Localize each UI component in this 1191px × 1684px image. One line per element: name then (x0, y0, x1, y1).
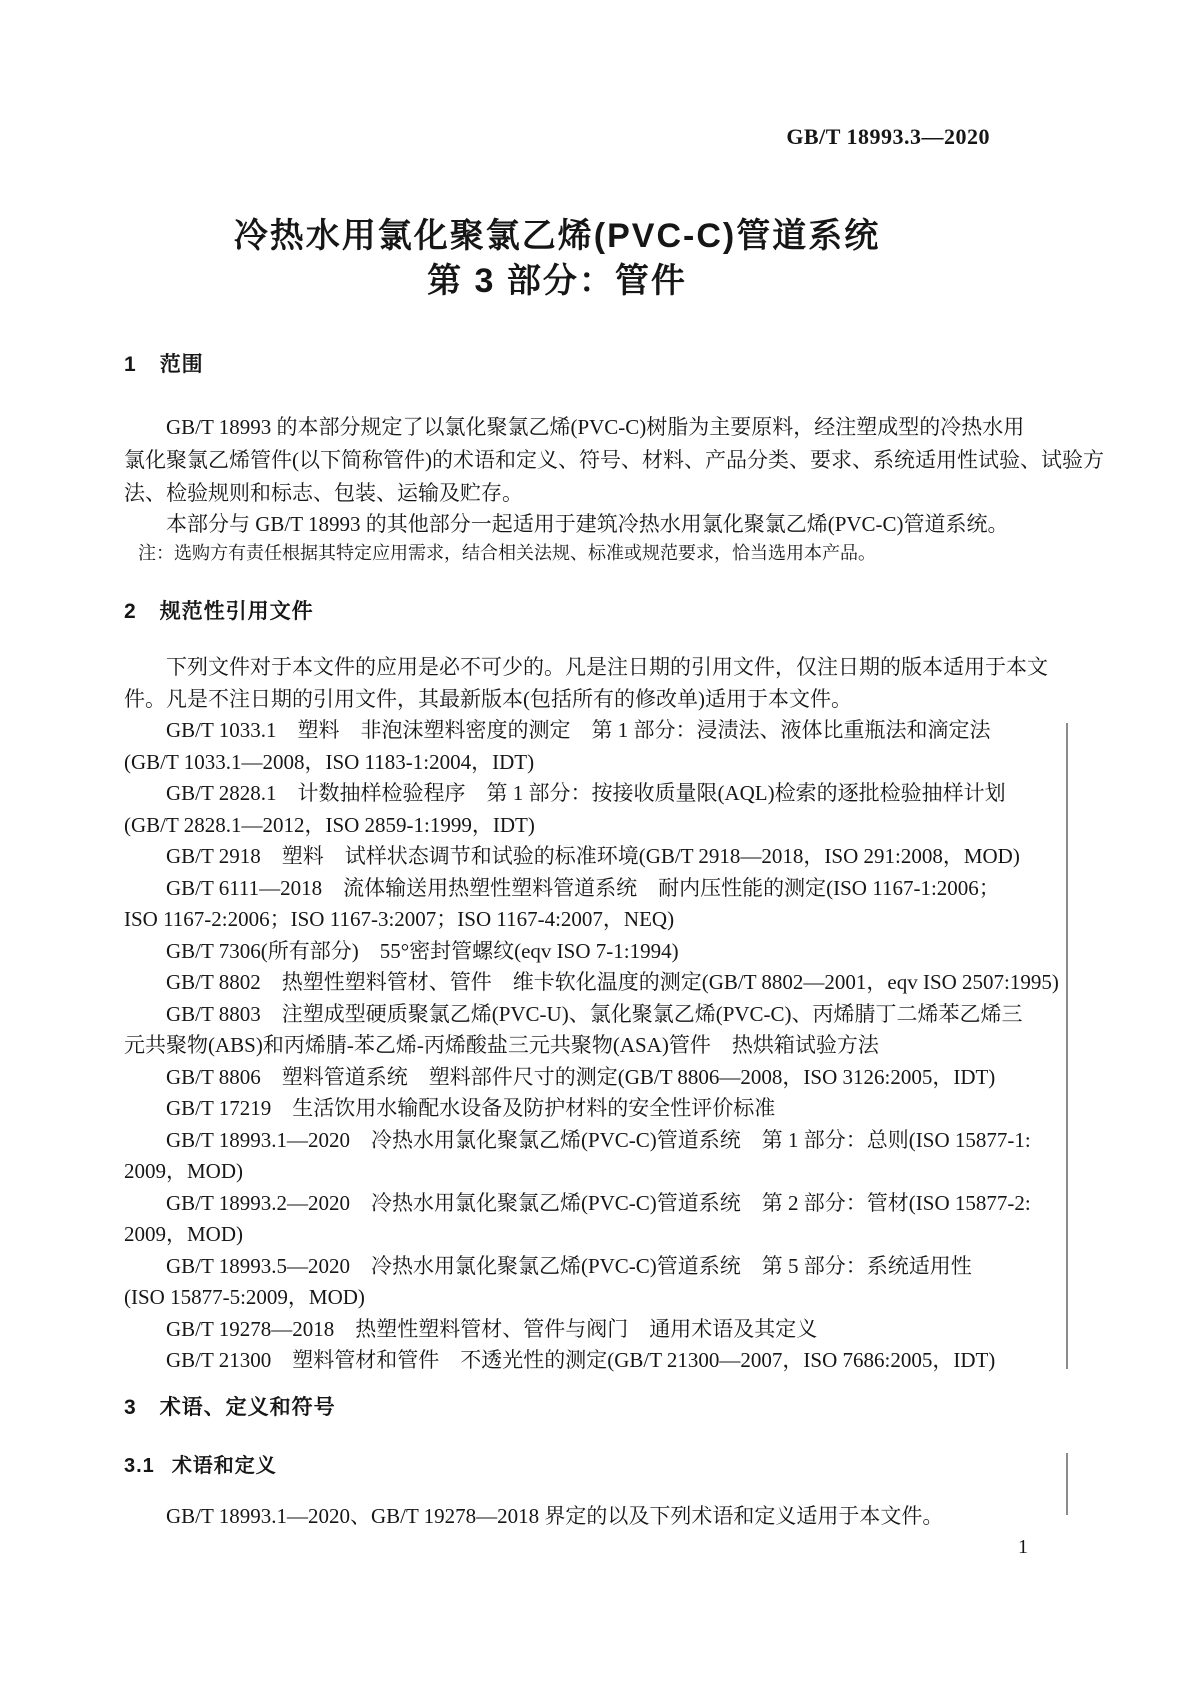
reference-item: GB/T 7306(所有部分) 55°密封管螺纹(eqv ISO 7-1:199… (124, 936, 990, 968)
clause-2-heading: 2规范性引用文件 (124, 599, 990, 625)
reference-item: GB/T 1033.1 塑料 非泡沫塑料密度的测定 第 1 部分：浸渍法、液体比… (124, 715, 990, 747)
clause-2-number: 2 (124, 600, 137, 623)
reference-item: GB/T 19278—2018 热塑性塑料管材、管件与阀门 通用术语及其定义 (124, 1314, 990, 1346)
clause-3-1-heading: 3.1术语和定义 (124, 1453, 990, 1479)
text-line: 氯化聚氯乙烯管件(以下简称管件)的术语和定义、符号、材料、产品分类、要求、系统适… (124, 444, 990, 477)
reference-item: GB/T 2918 塑料 试样状态调节和试验的标准环境(GB/T 2918—20… (124, 841, 990, 873)
reference-item-continuation: 元共聚物(ABS)和丙烯腈-苯乙烯-丙烯酸盐三元共聚物(ASA)管件 热烘箱试验… (124, 1030, 990, 1062)
document-title-line2: 第 3 部分：管件 (124, 259, 990, 304)
reference-item: GB/T 8802 热塑性塑料管材、管件 维卡软化温度的测定(GB/T 8802… (124, 967, 990, 999)
clause-3-1-title: 术语和定义 (172, 1455, 277, 1477)
clause-1-heading: 1范围 (124, 352, 990, 378)
scope-paragraph-1: GB/T 18993 的本部分规定了以氯化聚氯乙烯(PVC-C)树脂为主要原料，… (124, 411, 990, 510)
text-line: GB/T 18993 的本部分规定了以氯化聚氯乙烯(PVC-C)树脂为主要原料，… (124, 411, 990, 444)
reference-item: GB/T 8806 塑料管道系统 塑料部件尺寸的测定(GB/T 8806—200… (124, 1062, 990, 1094)
reference-item: GB/T 18993.1—2020 冷热水用氯化聚氯乙烯(PVC-C)管道系统 … (124, 1125, 990, 1157)
reference-item-continuation: (GB/T 2828.1—2012，ISO 2859-1:1999，IDT) (124, 810, 990, 842)
reference-list: GB/T 1033.1 塑料 非泡沫塑料密度的测定 第 1 部分：浸渍法、液体比… (124, 715, 990, 1377)
text-line: 法、检验规则和标志、包装、运输及贮存。 (124, 477, 990, 510)
text-line: 件。凡是不注日期的引用文件，其最新版本(包括所有的修改单)适用于本文件。 (124, 683, 990, 715)
page-number: 1 (1018, 1536, 1028, 1558)
document-title-line1: 冷热水用氯化聚氯乙烯(PVC-C)管道系统 (124, 214, 990, 259)
page-content: GB/T 18993.3—2020 冷热水用氯化聚氯乙烯(PVC-C)管道系统 … (124, 0, 990, 1533)
document-page: GB/T 18993.3—2020 冷热水用氯化聚氯乙烯(PVC-C)管道系统 … (0, 0, 1191, 1684)
document-title: 冷热水用氯化聚氯乙烯(PVC-C)管道系统 第 3 部分：管件 (124, 214, 990, 304)
reference-item: GB/T 18993.2—2020 冷热水用氯化聚氯乙烯(PVC-C)管道系统 … (124, 1188, 990, 1220)
normative-references-intro: 下列文件对于本文件的应用是必不可少的。凡是注日期的引用文件，仅注日期的版本适用于… (124, 651, 990, 715)
reference-item-continuation: (ISO 15877-5:2009，MOD) (124, 1282, 990, 1314)
standard-number: GB/T 18993.3—2020 (124, 124, 990, 150)
clause-1-number: 1 (124, 353, 137, 376)
clause-3-heading: 3术语、定义和符号 (124, 1395, 990, 1421)
scope-paragraph-2: 本部分与 GB/T 18993 的其他部分一起适用于建筑冷热水用氯化聚氯乙烯(P… (124, 510, 990, 538)
reference-item: GB/T 18993.5—2020 冷热水用氯化聚氯乙烯(PVC-C)管道系统 … (124, 1251, 990, 1283)
reference-item: GB/T 2828.1 计数抽样检验程序 第 1 部分：按接收质量限(AQL)检… (124, 778, 990, 810)
terms-definitions-paragraph: GB/T 18993.1—2020、GB/T 19278—2018 界定的以及下… (124, 1500, 990, 1533)
clause-3-title: 术语、定义和符号 (160, 1396, 336, 1419)
reference-item: GB/T 17219 生活饮用水输配水设备及防护材料的安全性评价标准 (124, 1093, 990, 1125)
margin-revision-bar-references (1066, 723, 1068, 1369)
reference-item: GB/T 21300 塑料管材和管件 不透光性的测定(GB/T 21300—20… (124, 1345, 990, 1377)
margin-revision-bar-terms (1066, 1453, 1068, 1515)
clause-1-title: 范围 (160, 353, 204, 376)
reference-item: GB/T 8803 注塑成型硬质聚氯乙烯(PVC-U)、氯化聚氯乙烯(PVC-C… (124, 999, 990, 1031)
clause-2-title: 规范性引用文件 (160, 600, 314, 623)
scope-note: 注：选购方有责任根据其特定应用需求，结合相关法规、标准或规范要求，恰当选用本产品… (124, 540, 990, 566)
clause-3-1-number: 3.1 (124, 1455, 155, 1477)
text-line: 下列文件对于本文件的应用是必不可少的。凡是注日期的引用文件，仅注日期的版本适用于… (124, 651, 990, 683)
reference-item-continuation: 2009，MOD) (124, 1156, 990, 1188)
reference-item-continuation: ISO 1167-2:2006；ISO 1167-3:2007；ISO 1167… (124, 904, 990, 936)
reference-item-continuation: (GB/T 1033.1—2008，ISO 1183-1:2004，IDT) (124, 747, 990, 779)
clause-3-number: 3 (124, 1396, 137, 1419)
reference-item: GB/T 6111—2018 流体输送用热塑性塑料管道系统 耐内压性能的测定(I… (124, 873, 990, 905)
reference-item-continuation: 2009，MOD) (124, 1219, 990, 1251)
